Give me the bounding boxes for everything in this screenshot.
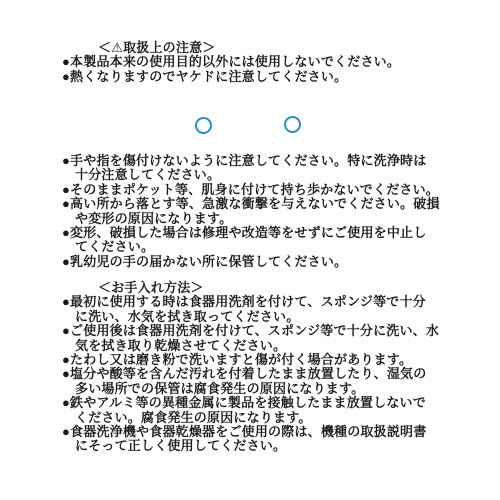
care-item-line: に洗い、水気を拭き取ってください。 [62, 310, 454, 324]
care-section-title: ＜お手入れ方法＞ [62, 281, 454, 295]
notice-item-line: ●変形、破損した場合は修理や改造等をせずにご使用を中止し [62, 226, 454, 240]
care-item-line: 気を拭き取り乾燥させてください。 [62, 339, 454, 353]
warning-icon: ⚠ [111, 40, 123, 55]
instruction-sheet: ＜⚠取扱上の注意＞ ●本製品本来の使用目的以外には使用しないでください。 ●熱く… [0, 0, 500, 500]
notice-item-line: ●そのままポケット等、肌身に付けて持ち歩かないでください。 [62, 183, 454, 197]
care-item-line: ●たわし又は磨き粉で洗いますと傷が付く場合があります。 [62, 353, 454, 367]
care-item-line: ●最初に使用する時は食器用洗剤を付けて、スポンジ等で十分 [62, 295, 454, 309]
notice-item-line: 十分注意してください。 [62, 168, 454, 182]
notice-item-line: ●手や指を傷付けないように注意してください。特に洗浄時は [62, 154, 454, 168]
notice-item-line: や変形の原因になります。 [62, 212, 454, 226]
circle-outline-icon [195, 117, 212, 134]
care-item-line: にそって正しく使用してください。 [62, 439, 454, 453]
care-item-line: 多い場所での保管は腐食発生の原因になります。 [62, 382, 454, 396]
care-item-line: ●食器洗浄機や食器乾燥器をご使用の際は、機種の取扱説明書 [62, 425, 454, 439]
notice-item-line: ●乳幼児の手の届かない所に保管してください。 [62, 255, 454, 269]
care-item-line: ●ご使用後は食器用洗剤を付けて、スポンジ等で十分に洗い、水 [62, 324, 454, 338]
care-item-line: ください。腐食発生の原因になります。 [62, 411, 454, 425]
handling-section-continued: ●手や指を傷付けないように注意してください。特に洗浄時は 十分注意してください。… [62, 154, 454, 269]
care-section: ＜お手入れ方法＞ ●最初に使用する時は食器用洗剤を付けて、スポンジ等で十分 に洗… [62, 281, 454, 454]
circle-outline-icon [284, 116, 301, 133]
handling-title-text: 取扱上の注意＞ [123, 40, 215, 55]
care-item-line: ●鉄やアルミ等の異種金属に製品を接触したまま放置しないで [62, 396, 454, 410]
handling-section: ＜⚠取扱上の注意＞ ●本製品本来の使用目的以外には使用しないでください。 ●熱く… [62, 41, 454, 84]
handling-section-title: ＜⚠取扱上の注意＞ [62, 41, 454, 55]
notice-item-line: ●高い所から落とす等、急激な衝撃を与えないでください。破損 [62, 197, 454, 211]
bracket-open: ＜ [98, 40, 111, 55]
notice-item-line: ●熱くなりますのでヤケドに注意してください。 [62, 70, 454, 84]
notice-item-line: てください。 [62, 240, 454, 254]
notice-item-line: ●本製品本来の使用目的以外には使用しないでください。 [62, 55, 454, 69]
care-item-line: ●塩分や酸等を含んだ汚れを付着したまま放置したり、湿気の [62, 367, 454, 381]
